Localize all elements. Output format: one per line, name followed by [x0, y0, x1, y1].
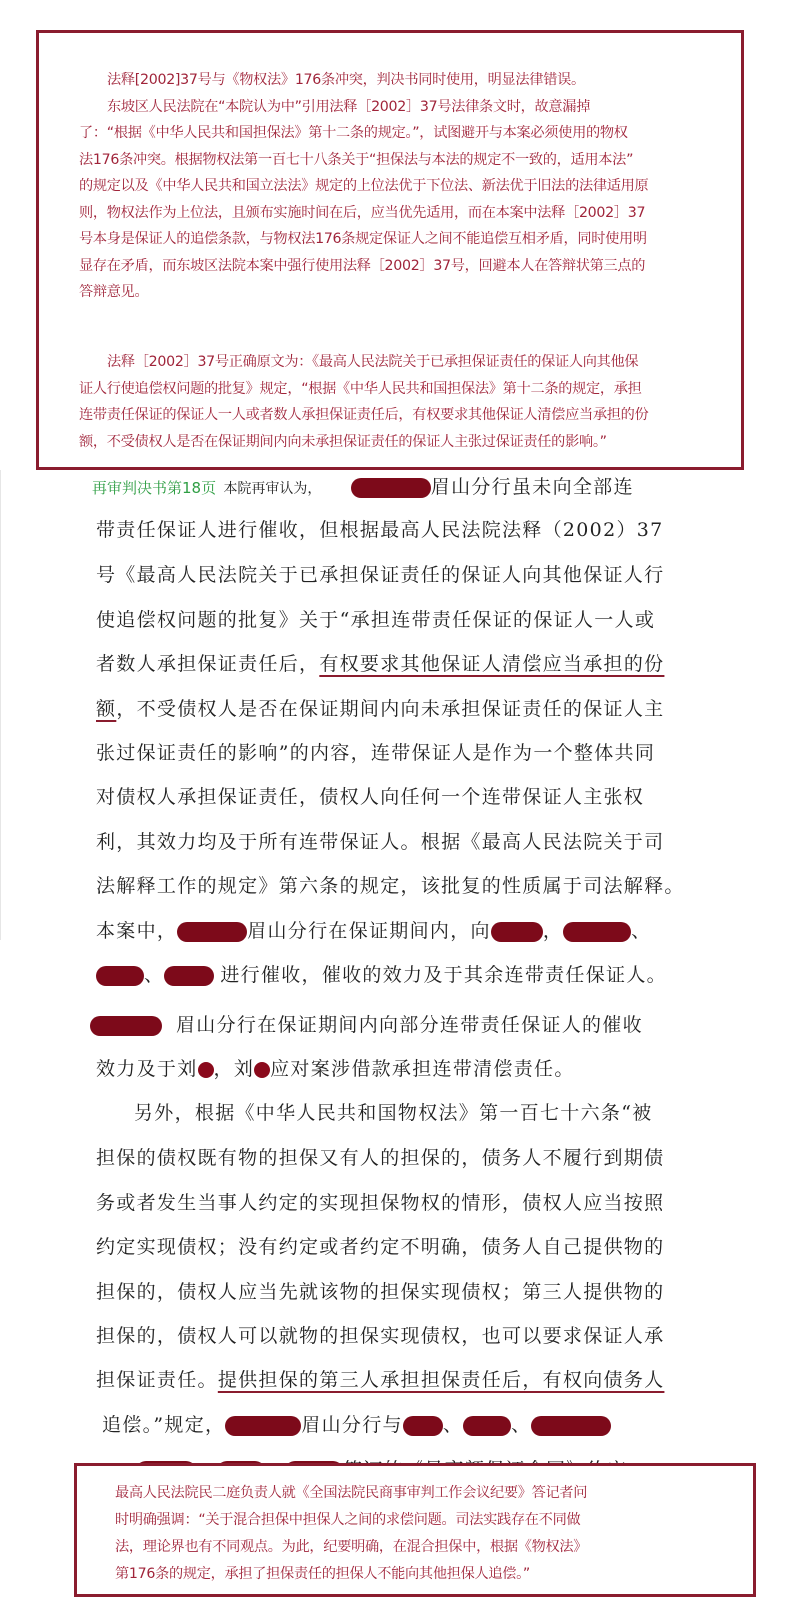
annotation-quote: 最高人民法院民二庭负责人就《全国法院民商事审判工作会议纪要》答记者问 时明确强调…	[115, 1480, 725, 1588]
annotation-para-1: 法释[2002]37号与《物权法》176条冲突，判决书同时使用，明显法律错误。 …	[79, 67, 719, 306]
redaction	[164, 966, 214, 986]
doc-line-18: 约定实现债权；没有约定或者约定不明确，债务人自己提供物的	[96, 1232, 664, 1262]
annotation-line: 显存在矛盾，而东坡区法院本案中强行使用法释［2002］37号，回避本人在答辩状第…	[79, 253, 719, 280]
doc-text: 、	[631, 920, 651, 942]
annotation-line: 法，理论界也有不同观点。为此，纪要明确，在混合担保中，根据《物权法》	[115, 1534, 725, 1561]
doc-text: ，刘	[214, 1058, 255, 1080]
annotation-line: 东坡区人民法院在“本院认为中”引用法释［2002］37号法律条文时，故意漏掉	[79, 94, 719, 121]
redaction	[403, 1416, 443, 1436]
doc-text: 应对案涉借款承担连带清偿责任。	[270, 1058, 575, 1080]
doc-line-11: 本案中，眉山分行在保证期间内，向，、	[96, 916, 651, 946]
redaction	[177, 922, 247, 942]
doc-text: 进行催收，催收的效力及于其余连带责任保证人。	[220, 964, 667, 986]
doc-line-7: 张过保证责任的影响”的内容，连带保证人是作为一个整体共同	[96, 738, 655, 768]
doc-text: 者数人承担保证责任后，	[96, 653, 319, 675]
underlined-text: 额	[96, 698, 116, 720]
annotation-box-bottom: 最高人民法院民二庭负责人就《全国法院民商事审判工作会议纪要》答记者问 时明确强调…	[74, 1463, 756, 1597]
doc-line-2: 带责任保证人进行催收，但根据最高人民法院法释（2002）37	[96, 515, 664, 545]
doc-line-13: 眉山分行在保证期间内向部分连带责任保证人的催收	[90, 1010, 643, 1040]
redaction	[463, 1416, 511, 1436]
redaction	[225, 1416, 301, 1436]
doc-text: ，	[543, 920, 563, 942]
doc-line-14: 效力及于刘，刘应对案涉借款承担连带清偿责任。	[96, 1054, 575, 1084]
scan-edge-line	[0, 470, 1, 940]
doc-line-10: 法解释工作的规定》第六条的规定，该批复的性质属于司法解释。	[96, 871, 685, 901]
redaction-dot	[254, 1062, 270, 1078]
doc-text: 追偿。”规定，	[102, 1414, 225, 1436]
annotation-para-2: 法释［2002］37号正确原文为：《最高人民法院关于已承担保证责任的保证人向其他…	[79, 349, 719, 455]
annotation-box-top: 法释[2002]37号与《物权法》176条冲突，判决书同时使用，明显法律错误。 …	[36, 30, 744, 470]
redaction	[351, 478, 431, 498]
annotation-line: 法释［2002］37号正确原文为：《最高人民法院关于已承担保证责任的保证人向其他…	[79, 349, 719, 376]
page-label: 再审判决书第18页	[92, 479, 216, 497]
doc-text: 眉山分行在保证期间内，向	[247, 920, 491, 942]
doc-text: 担保证责任。	[96, 1369, 218, 1391]
doc-line-21: 担保证责任。提供担保的第三人承担担保责任后，有权向债务人	[96, 1365, 664, 1395]
doc-line-5: 者数人承担保证责任后，有权要求其他保证人清偿应当承担的份	[96, 649, 664, 679]
redaction	[96, 966, 144, 986]
doc-line-6: 额，不受债权人是否在保证期间内向未承担保证责任的保证人主	[96, 694, 664, 724]
redaction	[90, 1016, 162, 1036]
doc-line-20: 担保的，债权人可以就物的担保实现债权，也可以要求保证人承	[96, 1321, 664, 1351]
underlined-text: 有权要求其他保证人清偿应当承担的份	[319, 653, 664, 675]
doc-line-16: 担保的债权既有物的担保又有人的担保的，债务人不履行到期债	[96, 1143, 664, 1173]
annotation-line: 法176条冲突。根据物权法第一百七十八条关于“担保法与本法的规定不一致的，适用本…	[79, 147, 719, 174]
annotation-line: 号本身是保证人的追偿条款，与物权法176条规定保证人之间不能追偿互相矛盾，同时使…	[79, 226, 719, 253]
doc-line-12: 、进行催收，催收的效力及于其余连带责任保证人。	[96, 960, 667, 990]
annotation-line: 的规定以及《中华人民共和国立法法》规定的上位法优于下位法、新法优于旧法的法律适用…	[79, 173, 719, 200]
doc-line-9: 利，其效力均及于所有连带保证人。根据《最高人民法院关于司	[96, 827, 664, 857]
doc-text: 、	[511, 1414, 531, 1436]
doc-text: 、	[443, 1414, 463, 1436]
annotation-line: 法释[2002]37号与《物权法》176条冲突，判决书同时使用，明显法律错误。	[79, 67, 719, 94]
doc-text: 、	[144, 964, 164, 986]
doc-text: 眉山分行虽未向全部连	[431, 476, 634, 498]
annotation-line: 第176条的规定，承担了担保责任的担保人不能向其他担保人追偿。”	[115, 1561, 725, 1588]
annotation-line: 证人行使追偿权问题的批复》规定，“根据《中华人民共和国担保法》第十二条的规定，承…	[79, 376, 719, 403]
doc-text: 效力及于刘	[96, 1058, 198, 1080]
doc-line-22: 追偿。”规定，眉山分行与、、	[102, 1410, 611, 1440]
doc-text: 眉山分行在保证期间内向部分连带责任保证人的催收	[176, 1014, 643, 1036]
annotation-line: 则，物权法作为上位法，且颁布实施时间在后，应当优先适用，而在本案中法释［2002…	[79, 200, 719, 227]
doc-text: 眉山分行与	[301, 1414, 403, 1436]
doc-line-19: 担保的，债权人应当先就该物的担保实现债权；第三人提供物的	[96, 1277, 664, 1307]
doc-text: ，不受债权人是否在保证期间内向未承担保证责任的保证人主	[116, 698, 664, 720]
underlined-text: 提供担保的第三人承担担保责任后，有权向债务人	[218, 1369, 665, 1391]
annotation-line: 最高人民法院民二庭负责人就《全国法院民商事审判工作会议纪要》答记者问	[115, 1480, 725, 1507]
redaction	[563, 922, 631, 942]
doc-line-17: 务或者发生当事人约定的实现担保物权的情形，债权人应当按照	[96, 1188, 664, 1218]
annotation-line: 时明确强调：“关于混合担保中担保人之间的求偿问题。司法实践存在不同做	[115, 1507, 725, 1534]
annotation-line: 额，不受债权人是否在保证期间内向未承担保证责任的保证人主张过保证责任的影响。”	[79, 429, 719, 456]
doc-text: 本院再审认为，	[223, 481, 321, 497]
annotation-line: 答辩意见。	[79, 279, 719, 306]
redaction	[531, 1416, 611, 1436]
redaction	[491, 922, 543, 942]
annotation-line: 了：“根据《中华人民共和国担保法》第十二条的规定。”，试图避开与本案必须使用的物…	[79, 120, 719, 147]
doc-line-1: 再审判决书第18页 本院再审认为， 眉山分行虽未向全部连	[92, 472, 634, 502]
redaction-dot	[198, 1062, 214, 1078]
annotation-line: 连带责任保证的保证人一人或者数人承担保证责任后，有权要求其他保证人清偿应当承担的…	[79, 402, 719, 429]
doc-line-15: 另外，根据《中华人民共和国物权法》第一百七十六条“被	[134, 1098, 653, 1128]
doc-line-4: 使追偿权问题的批复》关于“承担连带责任保证的保证人一人或	[96, 605, 655, 635]
doc-text: 本案中，	[96, 920, 177, 942]
doc-line-3: 号《最高人民法院关于已承担保证责任的保证人向其他保证人行	[96, 560, 664, 590]
doc-line-8: 对债权人承担保证责任，债权人向任何一个连带保证人主张权	[96, 782, 644, 812]
